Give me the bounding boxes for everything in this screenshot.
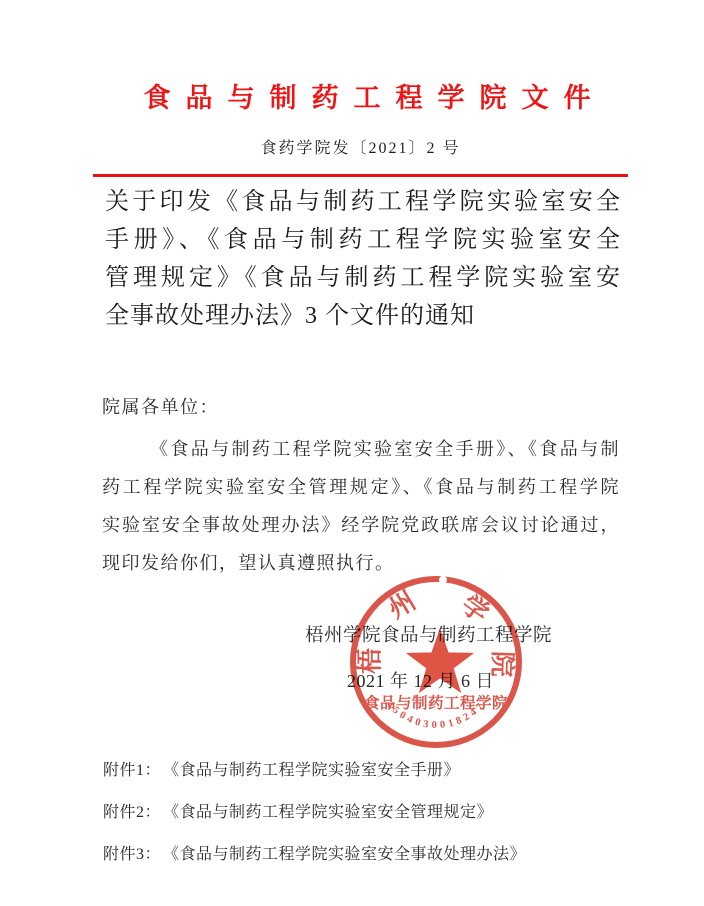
seal-arc-char-1: 梧 (355, 648, 385, 674)
seal-ring-gap (439, 576, 447, 584)
body-paragraph: 《食品与制药工程学院实验室安全手册》、《食品与制 药工程学院实验室安全管理规定》… (102, 430, 620, 582)
attachment-1-label: 附件1： (103, 762, 161, 779)
document-page: 食品与制药工程学院文件 食药学院发〔2021〕2 号 关于印发《食品与制药工程学… (0, 0, 704, 906)
document-number: 食药学院发〔2021〕2 号 (93, 135, 628, 158)
attachment-3-title: 《食品与制药工程学院实验室安全事故处理办法》 (171, 846, 526, 863)
document-title-line-3: 管理规定》《食品与制药工程学院实验室安 (105, 259, 621, 297)
salutation: 院属各单位： (102, 393, 219, 419)
attachment-2-title: 《食品与制药工程学院实验室安全管理规定》 (171, 804, 493, 821)
attachment-item-1: 附件1：《食品与制药工程学院实验室安全手册》 (103, 757, 460, 780)
document-header-title: 食品与制药工程学院文件 (93, 76, 628, 115)
official-seal: 梧 州 学 院 食品与制药工程学院 4504030018247 (346, 572, 526, 752)
seal-department-text: 食品与制药工程学院 (364, 693, 508, 712)
attachment-3-label: 附件3： (103, 846, 161, 863)
attachment-2-label: 附件2： (103, 804, 161, 821)
document-title: 关于印发《食品与制药工程学院实验室安全 手册》、《食品与制药工程学院实验室安全 … (105, 183, 621, 335)
body-line-1: 《食品与制药工程学院实验室安全手册》、《食品与制 (102, 430, 620, 468)
document-title-line-1: 关于印发《食品与制药工程学院实验室安全 (105, 183, 621, 221)
red-divider-line (93, 174, 628, 177)
body-line-3: 实验室安全事故处理办法》经学院党政联席会议讨论通过， (102, 506, 620, 544)
attachment-1-title: 《食品与制药工程学院实验室安全手册》 (171, 762, 460, 779)
attachment-item-3: 附件3：《食品与制药工程学院实验室安全事故处理办法》 (103, 841, 526, 864)
seal-arc-char-4: 院 (487, 650, 517, 677)
document-title-line-2: 手册》、《食品与制药工程学院实验室安全 (105, 221, 621, 259)
attachment-item-2: 附件2：《食品与制药工程学院实验室安全管理规定》 (103, 799, 493, 822)
body-line-2: 药工程学院实验室安全管理规定》、《食品与制药工程学院 (102, 468, 620, 506)
document-title-line-4: 全事故处理办法》3 个文件的通知 (105, 297, 621, 335)
seal-star-icon (406, 628, 474, 693)
